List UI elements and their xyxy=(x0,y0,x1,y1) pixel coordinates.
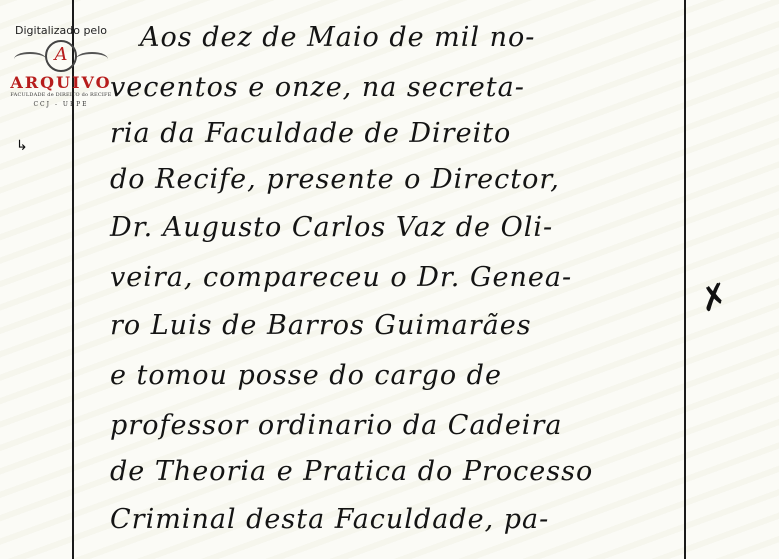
manuscript-line: Criminal desta Faculdade, pa- xyxy=(110,504,549,535)
manuscript-line: vecentos e onze, na secreta- xyxy=(110,72,525,103)
manuscript-line: e tomou posse do cargo de xyxy=(110,360,502,391)
manuscript-line: ro Luis de Barros Guimarães xyxy=(110,310,532,341)
watermark-brand: ARQUIVO xyxy=(6,73,116,92)
ornament-swirl-icon xyxy=(76,52,108,66)
archive-watermark-logo: Digitalizado pelo A ARQUIVO FACULDADE de… xyxy=(6,24,116,108)
watermark-institution: CCJ - UFPE xyxy=(6,101,116,108)
manuscript-line: Dr. Augusto Carlos Vaz de Oli- xyxy=(110,212,553,243)
manuscript-line: Aos dez de Maio de mil no- xyxy=(140,22,535,53)
watermark-subtitle: FACULDADE de DIREITO do RECIFE xyxy=(6,92,116,98)
watermark-caption: Digitalizado pelo xyxy=(6,24,116,37)
manuscript-line: ria da Faculdade de Direito xyxy=(110,118,511,149)
margin-check-icon: ↳ xyxy=(16,138,28,154)
manuscript-line: veira, compareceu o Dr. Genea- xyxy=(110,262,572,293)
emblem-letter: A xyxy=(47,44,75,65)
ornament-swirl-icon xyxy=(14,52,46,66)
manuscript-line: professor ordinario da Cadeira xyxy=(110,410,562,441)
manuscript-line: de Theoria e Pratica do Processo xyxy=(110,456,593,487)
manuscript-page: Digitalizado pelo A ARQUIVO FACULDADE de… xyxy=(0,0,779,559)
margin-x-mark-icon: ✗ xyxy=(695,275,733,321)
right-margin-line xyxy=(684,0,686,559)
manuscript-line: do Recife, presente o Director, xyxy=(110,164,560,195)
archive-emblem-icon: A xyxy=(45,40,77,72)
